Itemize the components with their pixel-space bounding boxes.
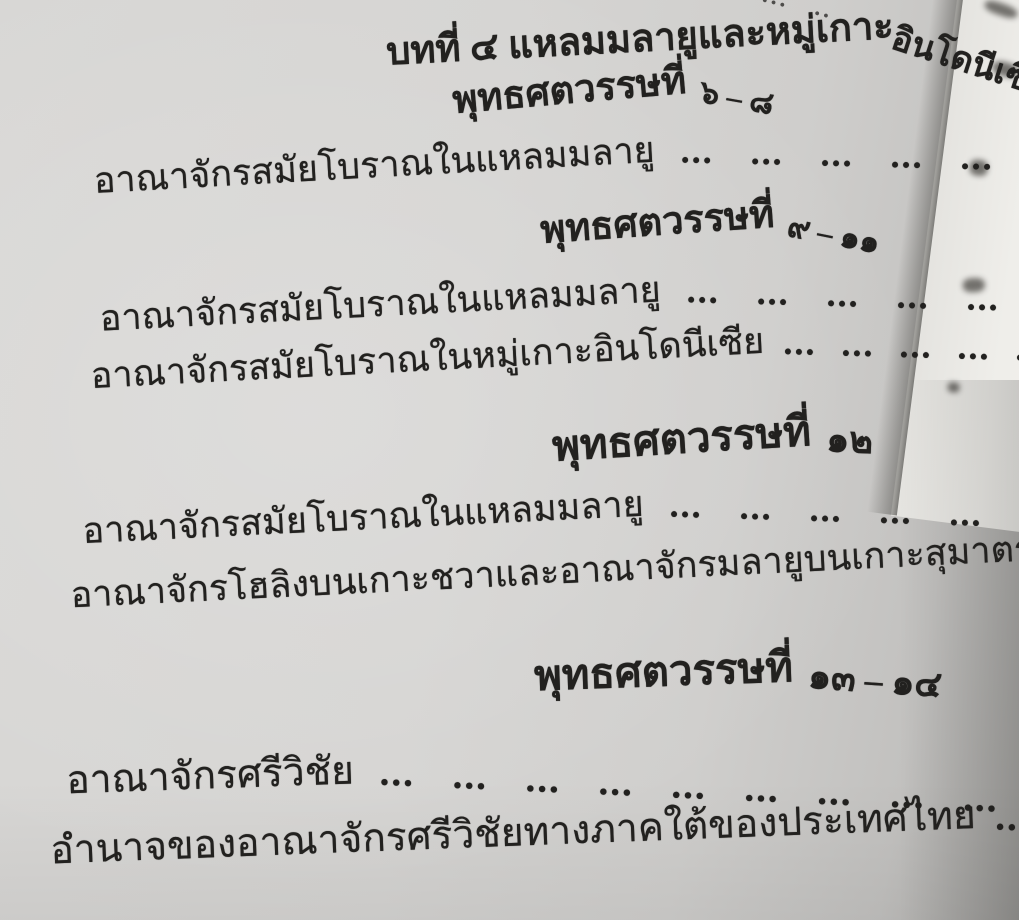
- toc-entry-text: อาณาจักรศรีวิชัย: [66, 749, 355, 802]
- section-heading-2-text: พุทธศตวรรษที่: [539, 194, 776, 252]
- section-heading-2: พุทธศตวรรษที่๙ – ๑๑: [539, 182, 883, 257]
- section-heading-3-range: ๑๒: [825, 415, 874, 466]
- book-page-photo: ... .. บทที่ ๔ แหลมมลายูและหมู่เกาะอินโด…: [0, 0, 1019, 920]
- section-heading-4-text: พุทธศตวรรษที่: [533, 645, 793, 700]
- dot-leader: ... .: [995, 791, 1019, 847]
- toc-entry-text: อาณาจักรสมัยโบราณในแหลมมลายู: [93, 130, 656, 201]
- section-heading-3-text: พุทธศตวรรษที่: [551, 409, 812, 471]
- section-heading-4: พุทธศตวรรษที่๑๓ – ๑๔: [533, 635, 941, 706]
- dot-leader: ... ... ... ... ... ... ...: [680, 126, 1019, 185]
- toc-entry-text: อาณาจักรสมัยโบราณในแหลมมลายู: [82, 484, 645, 551]
- section-heading-3: พุทธศตวรรษที่๑๒: [551, 400, 873, 476]
- dot-leader: ... ... ... ... ... ... ...: [783, 318, 1019, 377]
- section-heading-4-range: ๑๓ – ๑๔: [807, 652, 944, 710]
- section-heading-1-range: ๖ – ๘: [697, 71, 778, 125]
